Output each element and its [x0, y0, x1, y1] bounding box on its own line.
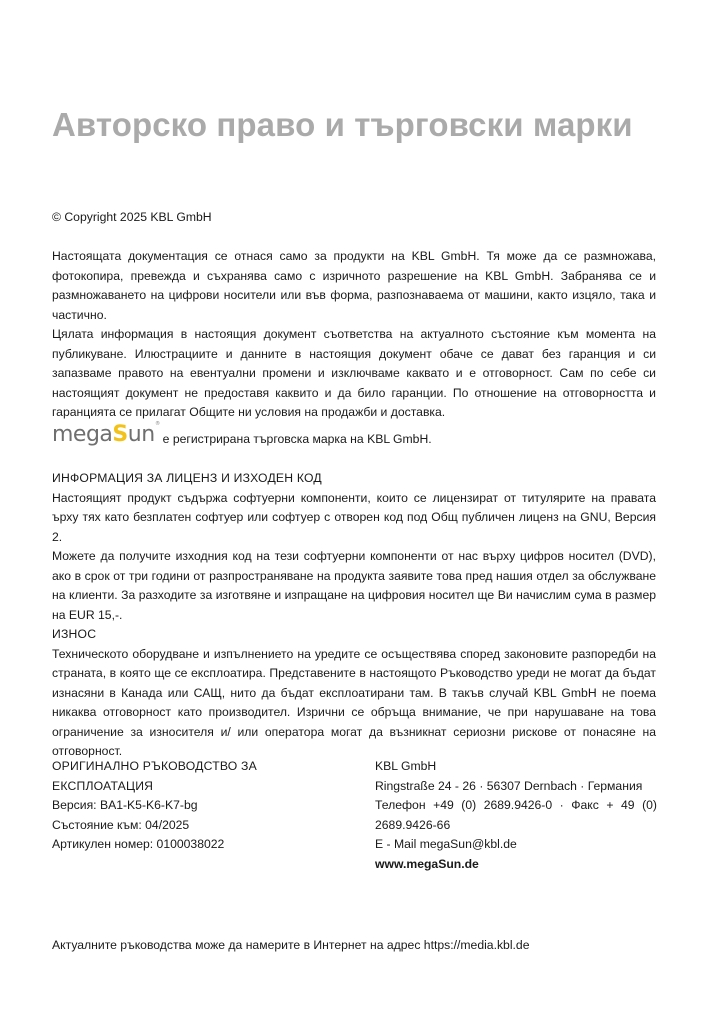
manual-info: ОРИГИНАЛНО РЪКОВОДСТВО ЗА ЕКСПЛОАТАЦИЯ В…: [52, 757, 342, 855]
trademark-text: е регистрирана търговска марка на KBL Gm…: [163, 432, 432, 446]
trademark-statement: megaSun® е регистрирана търговска марка …: [52, 424, 432, 446]
manual-article-number: Артикулен номер: 0100038022: [52, 835, 342, 855]
megasun-logo: megaSun®: [52, 424, 155, 446]
intro-section: Настоящата документация се отнася само з…: [52, 247, 656, 423]
intro-paragraph: Цялата информация в настоящия документ с…: [52, 325, 656, 423]
license-paragraph: Можете да получите изходния код на тези …: [52, 547, 656, 625]
company-info: KBL GmbH Ringstraße 24 - 26 · 56307 Dern…: [375, 757, 657, 874]
logo-highlight-letter: S: [112, 422, 127, 447]
company-fax-number: 2689.9426-66: [375, 816, 657, 836]
footer-note: Актуалните ръководства може да намерите …: [52, 936, 530, 956]
intro-paragraph: Настоящата документация се отнася само з…: [52, 247, 656, 325]
company-email[interactable]: E - Mail megaSun@kbl.de: [375, 835, 657, 855]
page-title: Авторско право и търговски марки: [52, 106, 633, 144]
manual-version: Версия: BA1-K5-K6-K7-bg: [52, 796, 342, 816]
manual-title-line2: ЕКСПЛОАТАЦИЯ: [52, 777, 342, 797]
license-heading: ИНФОРМАЦИЯ ЗА ЛИЦЕНЗ И ИЗХОДЕН КОД: [52, 469, 656, 489]
registered-mark-icon: ®: [155, 422, 160, 427]
manual-title-line1: ОРИГИНАЛНО РЪКОВОДСТВО ЗА: [52, 757, 342, 777]
company-address: Ringstraße 24 - 26 · 56307 Dernbach · Ге…: [375, 777, 657, 797]
export-paragraph: Техническото оборудване и изпълнението н…: [52, 645, 656, 762]
export-heading: ИЗНОС: [52, 625, 656, 645]
company-name: KBL GmbH: [375, 757, 657, 777]
manual-status: Състояние към: 04/2025: [52, 816, 342, 836]
license-paragraph: Настоящият продукт съдържа софтуерни ком…: [52, 489, 656, 548]
company-phone-fax: Телефон +49 (0) 2689.9426-0 · Факс + 49 …: [375, 796, 657, 816]
company-website-link[interactable]: www.megaSun.de: [375, 855, 657, 875]
export-section: ИЗНОС Техническото оборудване и изпълнен…: [52, 625, 656, 762]
logo-prefix: mega: [52, 422, 112, 447]
license-section: ИНФОРМАЦИЯ ЗА ЛИЦЕНЗ И ИЗХОДЕН КОД Насто…: [52, 469, 656, 625]
logo-suffix: un: [128, 422, 155, 447]
copyright-notice: © Copyright 2025 KBL GmbH: [52, 208, 212, 228]
